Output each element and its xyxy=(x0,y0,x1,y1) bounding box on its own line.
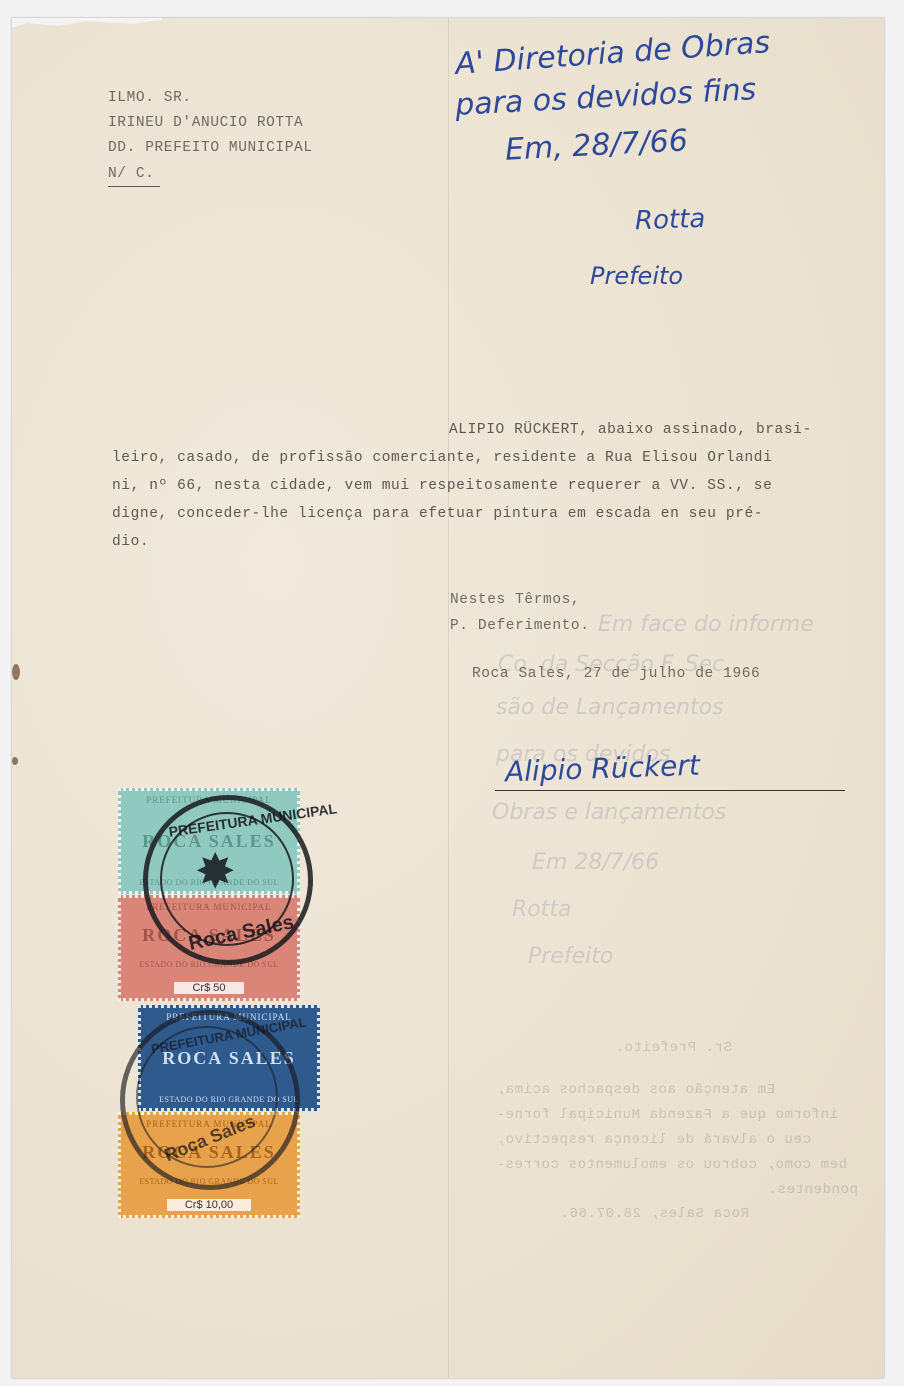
stamp-value: Cr$ 50 xyxy=(174,982,243,994)
body-line: ni, nº 66, nesta cidade, vem mui respeit… xyxy=(112,478,772,494)
ghost-line: informo que a Fazenda Municipal forne- xyxy=(496,1107,838,1123)
petitioner-signature: Alipio Rückert xyxy=(504,749,700,789)
ghost-line: Obras e lançamentos xyxy=(492,800,726,825)
stamp-value: Cr$ 10,00 xyxy=(167,1199,251,1211)
stain xyxy=(12,757,18,765)
closing-line: Nestes Têrmos, xyxy=(450,592,580,608)
ghost-line: ceu o alvará de licença respectivo, xyxy=(496,1132,811,1148)
body-line: digne, conceder-lhe licença para efetuar… xyxy=(112,506,763,522)
addressee-salutation: ILMO. SR. xyxy=(108,90,192,106)
ghost-line: Prefeito xyxy=(528,944,613,969)
mayor-title: Prefeito xyxy=(590,262,683,290)
underline xyxy=(108,186,160,187)
ghost-line: Sr. Prefeito. xyxy=(615,1040,732,1056)
addressee-title: DD. PREFEITO MUNICIPAL xyxy=(108,140,313,156)
ghost-line: Em atenção aos despachos acima, xyxy=(496,1082,775,1098)
ghost-line: pondentes. xyxy=(768,1182,858,1198)
ghost-line: Roca Sales, 28.07.66. xyxy=(560,1206,749,1222)
ghost-line: bem como, cobrou os emolumentos corres- xyxy=(496,1157,847,1173)
body-line: dio. xyxy=(112,534,149,550)
ghost-line: são de Lançamentos xyxy=(496,695,724,720)
ghost-line: Rotta xyxy=(512,897,571,922)
addressee-name: IRINEU D'ANUCIO ROTTA xyxy=(108,115,303,131)
ghost-line: Em 28/7/66 xyxy=(532,850,659,875)
body-line: leiro, casado, de profissão comerciante,… xyxy=(112,450,772,466)
body-line: ALIPIO RÜCKERT, abaixo assinado, brasi- xyxy=(449,422,812,438)
star-emblem-icon: ✸ xyxy=(196,840,235,904)
ghost-line: Em face do informe xyxy=(598,612,814,637)
addressee-location: N/ C. xyxy=(108,166,155,182)
signature-line xyxy=(495,790,845,791)
stain xyxy=(12,664,20,680)
closing-line: P. Deferimento. xyxy=(450,618,590,634)
mayor-signature: Rotta xyxy=(634,204,705,236)
place-date: Roca Sales, 27 de julho de 1966 xyxy=(472,666,760,682)
fold-line xyxy=(448,18,449,1378)
